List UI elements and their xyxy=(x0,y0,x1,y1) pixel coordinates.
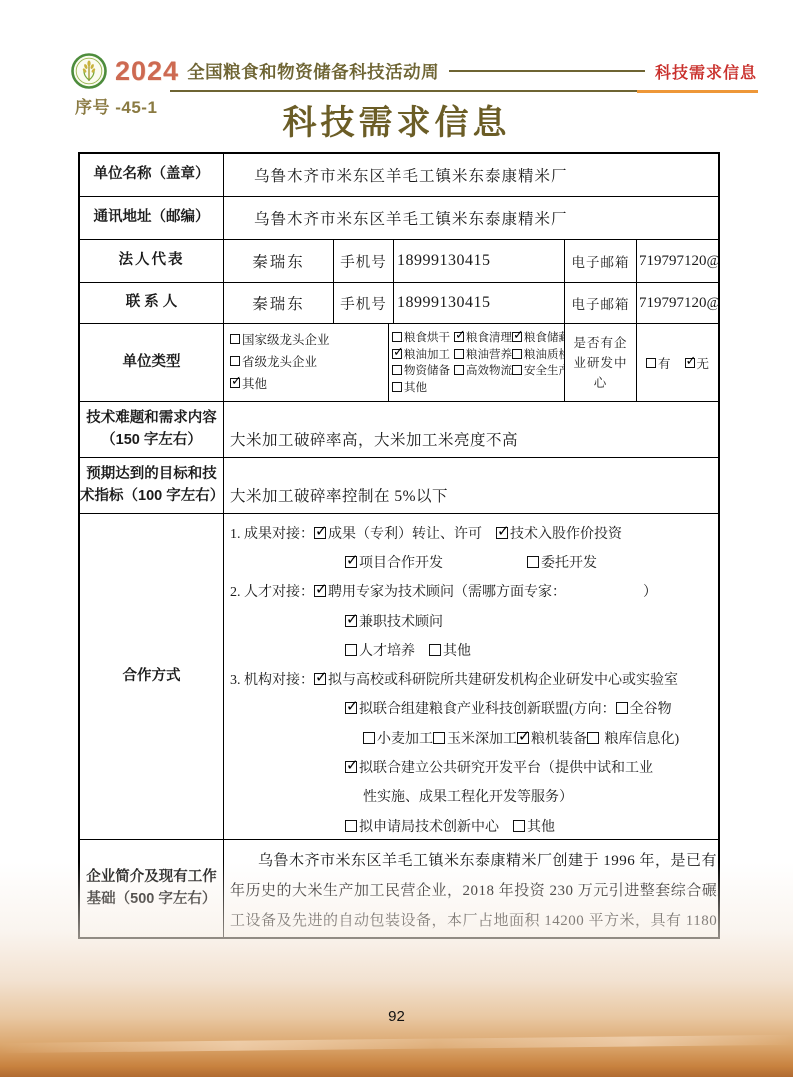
checkbox-option: 拟联合组建粮食产业科技创新联盟(方向： xyxy=(345,698,616,718)
cooperation-text: 1. 成果对接： xyxy=(230,523,314,543)
tech-problem-label-line1: 技术难题和需求内容 xyxy=(86,408,217,429)
checkbox-label: 项目合作开发 xyxy=(359,552,443,572)
checkbox-option: 省级龙头企业 xyxy=(230,352,384,370)
form-table: 单位名称（盖章） 乌鲁木齐市米东区羊毛工镇米东泰康精米厂 通讯地址（邮编） 乌鲁… xyxy=(78,152,720,939)
checked-checkbox-icon[interactable] xyxy=(345,761,357,773)
checkbox-label: 成果（专利）转让、许可 xyxy=(328,523,482,543)
checkbox-option: 粮库信息化) xyxy=(587,728,679,748)
page-number: 92 xyxy=(0,1008,793,1025)
cooperation-text xyxy=(443,552,527,572)
footer-art-streak xyxy=(0,1035,793,1053)
checkbox-option: 国家级龙头企业 xyxy=(230,330,384,348)
unit-type-label: 单位类型 xyxy=(80,324,224,401)
checkbox-option: 粮油加工 xyxy=(392,346,454,362)
checked-checkbox-icon[interactable] xyxy=(345,556,357,568)
checkbox-label: 粮食储藏 xyxy=(524,329,565,345)
checkbox-option: 粮食清理 xyxy=(454,329,512,345)
expected-goal-label-line2: 术指标（100 字左右） xyxy=(80,486,223,507)
contact-phone: 18999130415 xyxy=(394,283,565,323)
unchecked-checkbox-icon[interactable] xyxy=(616,702,628,714)
unchecked-checkbox-icon[interactable] xyxy=(392,332,402,342)
checkbox-label: 全谷物 xyxy=(630,698,672,718)
checkbox-option: 粮食烘干 xyxy=(392,329,454,345)
unchecked-checkbox-icon[interactable] xyxy=(513,820,525,832)
checkbox-label: 粮油加工 xyxy=(404,346,450,362)
checked-checkbox-icon[interactable] xyxy=(392,349,402,359)
checkbox-label: 玉米深加工 xyxy=(447,728,517,748)
cooperation-text xyxy=(499,816,513,836)
unchecked-checkbox-icon[interactable] xyxy=(454,365,464,375)
checkbox-option: 委托开发 xyxy=(527,552,597,572)
footer-decorative-art xyxy=(0,862,793,1077)
grain-reserve-logo-icon xyxy=(70,52,108,90)
checkbox-label: 拟申请局技术创新中心 xyxy=(359,816,499,836)
rd-center-label: 是否有企业研发中心 xyxy=(565,324,637,401)
unchecked-checkbox-icon[interactable] xyxy=(512,365,522,375)
unit-type-level-group: 国家级龙头企业省级龙头企业其他 xyxy=(224,324,389,401)
legal-rep-phone: 18999130415 xyxy=(394,240,565,282)
checked-checkbox-icon[interactable] xyxy=(685,358,695,368)
row-cooperation: 合作方式 1. 成果对接：成果（专利）转让、许可 技术入股作价投资项目合作开发 … xyxy=(80,514,718,840)
checkbox-option: 全谷物 xyxy=(616,698,672,718)
checkbox-label: 国家级龙头企业 xyxy=(242,330,330,348)
unchecked-checkbox-icon[interactable] xyxy=(230,334,240,344)
checkbox-label: 小麦加工 xyxy=(377,728,433,748)
checkbox-label: 粮食清理 xyxy=(466,329,512,345)
cooperation-line: 拟联合组建粮食产业科技创新联盟(方向：全谷物 xyxy=(224,694,718,723)
checkbox-option: 粮油营养 xyxy=(454,346,512,362)
tech-problem-value: 大米加工破碎率高，大米加工米亮度不高 xyxy=(224,402,718,457)
checkbox-label: 其他 xyxy=(242,374,267,392)
checkbox-label: 无 xyxy=(697,354,710,372)
cooperation-options: 1. 成果对接：成果（专利）转让、许可 技术入股作价投资项目合作开发 委托开发2… xyxy=(224,514,718,839)
contact-phone-label: 手机号 xyxy=(334,283,394,323)
checkbox-label: 拟与高校或科研院所共建研发机构企业研发中心或实验室 xyxy=(328,669,678,689)
section-corner-label: 科技需求信息 xyxy=(655,60,757,83)
document-page: 2024 全国粮食和物资储备科技活动周 科技需求信息 序号 -45-1 科技需求… xyxy=(0,0,793,1077)
cooperation-line: 拟联合建立公共研究开发平台（提供中试和工业 xyxy=(224,752,718,781)
row-expected-goal: 预期达到的目标和技 术指标（100 字左右） 大米加工破碎率控制在 5%以下 xyxy=(80,458,718,514)
contact-email: 719797120@ xyxy=(637,283,718,323)
checked-checkbox-icon[interactable] xyxy=(496,527,508,539)
event-title: 全国粮食和物资储备科技活动周 xyxy=(187,59,439,84)
unit-name-label: 单位名称（盖章） xyxy=(80,154,224,196)
unchecked-checkbox-icon[interactable] xyxy=(512,349,522,359)
checkbox-option: 拟申请局技术创新中心 xyxy=(345,816,499,836)
checkbox-label: 安全生产 xyxy=(524,362,565,378)
unchecked-checkbox-icon[interactable] xyxy=(454,349,464,359)
unchecked-checkbox-icon[interactable] xyxy=(345,820,357,832)
cooperation-line: 项目合作开发 委托开发 xyxy=(224,547,718,576)
checked-checkbox-icon[interactable] xyxy=(314,527,326,539)
cooperation-text: 3. 机构对接： xyxy=(230,669,314,689)
unit-type-business-group: 粮食烘干粮食清理粮食储藏粮油加工粮油营养粮油质检物资储备高效物流安全生产其他 xyxy=(389,324,565,401)
unchecked-checkbox-icon[interactable] xyxy=(230,356,240,366)
unchecked-checkbox-icon[interactable] xyxy=(646,358,656,368)
checked-checkbox-icon[interactable] xyxy=(454,332,464,342)
checked-checkbox-icon[interactable] xyxy=(512,332,522,342)
checkbox-option: 小麦加工 xyxy=(363,728,433,748)
unchecked-checkbox-icon[interactable] xyxy=(429,644,441,656)
checked-checkbox-icon[interactable] xyxy=(314,585,326,597)
checkbox-label: 省级龙头企业 xyxy=(242,352,317,370)
checkbox-option: 无 xyxy=(685,354,710,372)
checkbox-option: 技术入股作价投资 xyxy=(496,523,622,543)
contact-name: 秦瑞东 xyxy=(224,283,334,323)
checkbox-option: 粮机装备 xyxy=(517,728,587,748)
contact-email-label: 电子邮箱 xyxy=(565,283,637,323)
tech-problem-label-line2: （150 字左右） xyxy=(101,430,202,451)
checkbox-option: 高效物流 xyxy=(454,362,512,378)
cooperation-line: 2. 人才对接：聘用专家为技术顾问（需哪方面专家： ） xyxy=(224,577,718,606)
row-legal-rep: 法人代表 秦瑞东 手机号 18999130415 电子邮箱 719797120@ xyxy=(80,240,718,283)
header-rule xyxy=(449,70,645,72)
row-tech-problem: 技术难题和需求内容 （150 字左右） 大米加工破碎率高，大米加工米亮度不高 xyxy=(80,402,718,458)
cooperation-line: 3. 机构对接：拟与高校或科研院所共建研发机构企业研发中心或实验室 xyxy=(224,664,718,693)
page-header: 2024 全国粮食和物资储备科技活动周 科技需求信息 xyxy=(70,50,757,92)
unchecked-checkbox-icon[interactable] xyxy=(363,732,375,744)
cooperation-line: 小麦加工玉米深加工 粮机装备 粮库信息化) xyxy=(224,723,718,752)
checkbox-option: 其他 xyxy=(513,816,555,836)
expected-goal-label-line1: 预期达到的目标和技 xyxy=(86,464,217,485)
checkbox-label: 物资储备 xyxy=(404,362,450,378)
checkbox-option: 其他 xyxy=(429,640,471,660)
checkbox-option: 玉米深加工 xyxy=(433,728,517,748)
checkbox-option: 其他 xyxy=(392,379,454,395)
checkbox-option: 项目合作开发 xyxy=(345,552,443,572)
checkbox-label: 其他 xyxy=(404,379,427,395)
unchecked-checkbox-icon[interactable] xyxy=(433,732,445,744)
header-underline-olive xyxy=(170,90,637,92)
checkbox-label: 拟联合组建粮食产业科技创新联盟(方向： xyxy=(359,698,616,718)
checkbox-label: 粮油质检 xyxy=(524,346,565,362)
checkbox-option: 有 xyxy=(646,354,671,372)
cooperation-line: 人才培养 其他 xyxy=(224,635,718,664)
checked-checkbox-icon[interactable] xyxy=(345,615,357,627)
checkbox-label: 委托开发 xyxy=(541,552,597,572)
checked-checkbox-icon[interactable] xyxy=(314,673,326,685)
unchecked-checkbox-icon[interactable] xyxy=(527,556,539,568)
cooperation-text xyxy=(482,523,496,543)
expected-goal-label: 预期达到的目标和技 术指标（100 字左右） xyxy=(80,458,224,513)
event-year: 2024 xyxy=(115,56,179,87)
rd-center-options: 有无 xyxy=(637,324,718,401)
checkbox-option: 粮食储藏 xyxy=(512,329,565,345)
legal-rep-phone-label: 手机号 xyxy=(334,240,394,282)
expected-goal-value: 大米加工破碎率控制在 5%以下 xyxy=(224,458,718,513)
page-title: 科技需求信息 xyxy=(0,95,793,144)
unit-name-value: 乌鲁木齐市米东区羊毛工镇米东泰康精米厂 xyxy=(224,154,718,196)
header-underline-orange xyxy=(637,90,758,93)
cooperation-text xyxy=(415,640,429,660)
checkbox-label: 其他 xyxy=(443,640,471,660)
checkbox-option: 人才培养 xyxy=(345,640,415,660)
cooperation-text: 2. 人才对接： xyxy=(230,581,314,601)
checkbox-label: 其他 xyxy=(527,816,555,836)
checkbox-option: 安全生产 xyxy=(512,362,565,378)
checkbox-label: 高效物流 xyxy=(466,362,512,378)
cooperation-line: 1. 成果对接：成果（专利）转让、许可 技术入股作价投资 xyxy=(224,518,718,547)
checkbox-label: 技术入股作价投资 xyxy=(510,523,622,543)
checkbox-option: 粮油质检 xyxy=(512,346,565,362)
cooperation-line: 兼职技术顾问 xyxy=(224,606,718,635)
address-value: 乌鲁木齐市米东区羊毛工镇米东泰康精米厂 xyxy=(224,197,718,239)
unchecked-checkbox-icon[interactable] xyxy=(392,365,402,375)
checkbox-label: 粮机装备 xyxy=(531,728,587,748)
tech-problem-label: 技术难题和需求内容 （150 字左右） xyxy=(80,402,224,457)
checked-checkbox-icon[interactable] xyxy=(230,378,240,388)
checkbox-option: 物资储备 xyxy=(392,362,454,378)
legal-rep-email-label: 电子邮箱 xyxy=(565,240,637,282)
checkbox-option: 成果（专利）转让、许可 xyxy=(314,523,482,543)
unchecked-checkbox-icon[interactable] xyxy=(587,732,599,744)
row-contact: 联 系 人 秦瑞东 手机号 18999130415 电子邮箱 719797120… xyxy=(80,283,718,324)
row-unit-name: 单位名称（盖章） 乌鲁木齐市米东区羊毛工镇米东泰康精米厂 xyxy=(80,154,718,197)
checkbox-label: 拟联合建立公共研究开发平台（提供中试和工业 xyxy=(359,757,653,777)
checkbox-option: 聘用专家为技术顾问（需哪方面专家： ） xyxy=(314,581,657,601)
cooperation-line: 拟申请局技术创新中心 其他 xyxy=(224,811,718,839)
address-label: 通讯地址（邮编） xyxy=(80,197,224,239)
checkbox-label: 粮库信息化) xyxy=(601,728,679,748)
legal-rep-email: 719797120@ xyxy=(637,240,718,282)
legal-rep-label: 法人代表 xyxy=(80,240,224,282)
row-unit-type: 单位类型 国家级龙头企业省级龙头企业其他 粮食烘干粮食清理粮食储藏粮油加工粮油营… xyxy=(80,324,718,402)
cooperation-line: 性实施、成果工程化开发等服务） xyxy=(224,782,718,811)
checked-checkbox-icon[interactable] xyxy=(517,732,529,744)
checkbox-option: 其他 xyxy=(230,374,384,392)
unchecked-checkbox-icon[interactable] xyxy=(392,382,402,392)
checkbox-label: 粮食烘干 xyxy=(404,329,450,345)
row-address: 通讯地址（邮编） 乌鲁木齐市米东区羊毛工镇米东泰康精米厂 xyxy=(80,197,718,240)
cooperation-text: 性实施、成果工程化开发等服务） xyxy=(363,786,573,806)
checkbox-label: 有 xyxy=(658,354,671,372)
legal-rep-name: 秦瑞东 xyxy=(224,240,334,282)
checkbox-label: 兼职技术顾问 xyxy=(359,611,443,631)
cooperation-label: 合作方式 xyxy=(80,514,224,839)
checkbox-label: 粮油营养 xyxy=(466,346,512,362)
unchecked-checkbox-icon[interactable] xyxy=(345,644,357,656)
checkbox-option: 拟与高校或科研院所共建研发机构企业研发中心或实验室 xyxy=(314,669,678,689)
contact-label: 联 系 人 xyxy=(80,283,224,323)
checkbox-option: 拟联合建立公共研究开发平台（提供中试和工业 xyxy=(345,757,653,777)
checkbox-label: 人才培养 xyxy=(359,640,415,660)
checkbox-label: 聘用专家为技术顾问（需哪方面专家： ） xyxy=(328,581,657,601)
checkbox-option: 兼职技术顾问 xyxy=(345,611,443,631)
checked-checkbox-icon[interactable] xyxy=(345,702,357,714)
